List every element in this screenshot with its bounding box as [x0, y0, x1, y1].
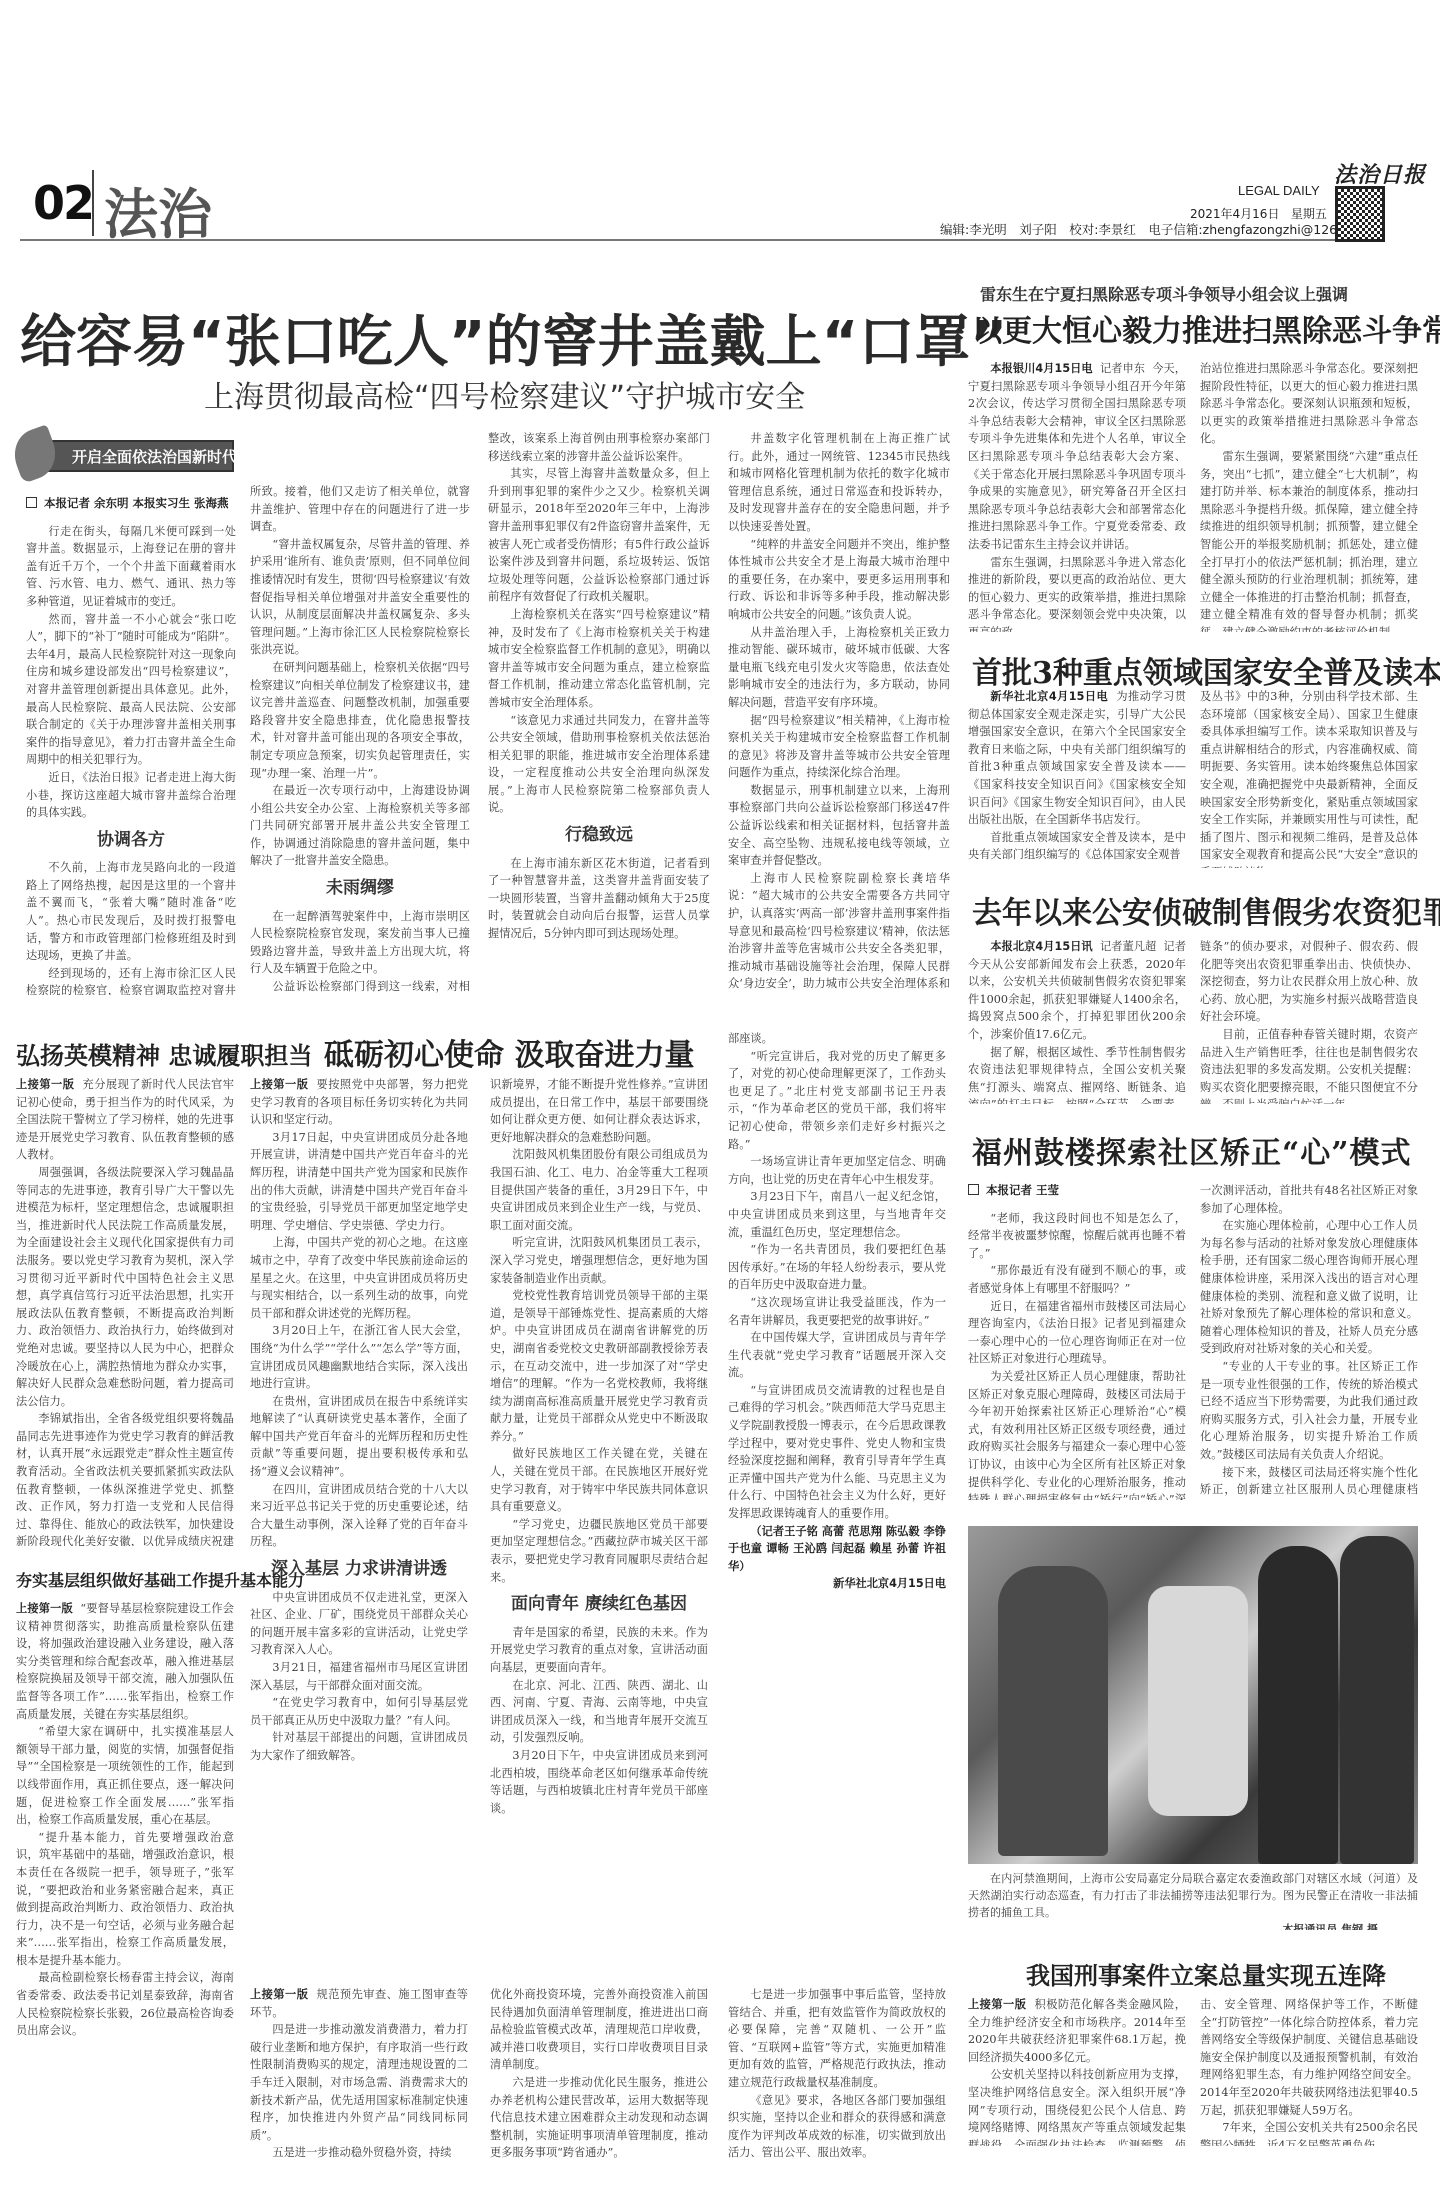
photo-credit: 本报通讯员 焦钢 摄 — [968, 1921, 1418, 1930]
agri-col-2: 链条”的侦办要求，对假种子、假农药、假化肥等突出农资犯罪重拳出击、快侦快办、深挖… — [1200, 938, 1418, 1104]
dove-icon — [7, 424, 63, 483]
fuzhou-col-1: 本报记者 王莹 “老师，我这段时间也不知是怎么了，经常半夜被噩梦惊醒，惊醒后就再… — [968, 1182, 1186, 1500]
subhead-steady: 行稳致远 — [488, 827, 710, 845]
hero-headline: 弘扬英模精神 忠诚履职担当 — [16, 1036, 312, 1071]
mission-col-2: 识新境界，才能不断提升党性修养。”宣讲团成员提出，在日常工作中，基层干部要围绕如… — [490, 1076, 708, 1846]
section-title: 法治 — [104, 172, 212, 249]
lead-headline: 给容易“张口吃人”的窨井盖戴上“口罩” — [20, 298, 1007, 378]
mission-headline: 砥砺初心使命 汲取奋进力量 — [324, 1030, 694, 1074]
fuzhou-headline: 福州鼓楼探索社区矫正“心”模式 — [972, 1128, 1412, 1172]
crime-col-2: 击、安全管理、网络保护等工作，不断健全“打防管控”一体化综合防控体系，着力完善网… — [1200, 1996, 1418, 2146]
paper-name: 法治日报 — [1334, 158, 1426, 189]
photo-figure — [1148, 1586, 1248, 1816]
photo-caption: 在内河禁渔期间，上海市公安局嘉定分局联合嘉定农委渔政部门对辖区水域（河道）及天然… — [968, 1870, 1418, 1930]
right-top-col-1: 本报银川4月15日电 记者申东 今天，宁夏扫黑除恶专项斗争领导小组召开今年第2次… — [968, 360, 1186, 632]
crime-col-1: 上接第一版 积极防范化解各类金融风险，全力维护经济安全和市场秩序。2014年至2… — [968, 1996, 1186, 2146]
lead-col-1: 本报记者 余东明 本报实习生 张海燕 行走在街头，每隔几米便可踩到一处窨井盖。数… — [26, 495, 236, 995]
books-col-1: 新华社北京4月15日电 为推动学习贯彻总体国家安全观走深走实，引导广大公民增强国… — [968, 688, 1186, 868]
photo-figure — [1258, 1546, 1338, 1864]
hero-col: 上接第一版 充分展现了新时代人民法官牢记初心使命，勇于担当作为的时代风采，为全国… — [16, 1076, 234, 1546]
weekday: 星期五 — [1291, 207, 1327, 221]
right-top-headline: 以更大恒心毅力推进扫黑除恶斗争常态化 — [972, 306, 1440, 350]
subhead-grassroots: 深入基层 力求讲清讲透 — [250, 1561, 468, 1579]
mission-reporters: （记者王子铭 高蕾 范思翔 陈弘毅 李铮 于也童 谭畅 王沁鸥 闫起磊 赖星 孙… — [728, 1523, 946, 1576]
subhead-youth: 面向青年 赓续红色基因 — [490, 1596, 708, 1614]
mission-col-3: 部座谈。 “听完宣讲后，我对党的历史了解更多了，对党的初心使命理解更深了，工作劲… — [728, 1030, 946, 1846]
lead-col-4: 井盖数字化管理机制在上海正推广试行。此外，通过一网统管、12345市民热线和城市… — [728, 430, 950, 995]
reform-col-1: 上接第一版 规范预先审查、施工图审查等环节。 四是进一步推动激发消费潜力，着力打… — [250, 1986, 468, 2176]
banner: 开启全面依法治国新时代 — [22, 440, 234, 472]
reform-col-2: 优化外商投资环境，完善外商投资准入前国民待遇加负面清单管理制度，推进进出口商品检… — [490, 1986, 708, 2176]
mission-col-1: 上接第一版 要按照党中央部署，努力把党史学习教育的各项目标任务切实转化为共同认识… — [250, 1076, 468, 1846]
agri-col-1: 本报北京4月15日讯 记者董凡超 记者今天从公安部新闻发布会上获悉，2020年以… — [968, 938, 1186, 1104]
masthead-rule — [20, 239, 1336, 241]
credits: 编辑:李光明 刘子阳 校对:李景红 电子信箱:zhengfazongzhi@12… — [940, 220, 1368, 238]
subhead-prevent: 未雨绸缪 — [250, 880, 470, 898]
right-top-col-2: 治站位推进扫黑除恶斗争常态化。要深刻把握阶段性特征，以更大的恒心毅力推进扫黑除恶… — [1200, 360, 1418, 632]
crime-headline: 我国刑事案件立案总量实现五连降 — [1026, 1956, 1386, 1991]
fuzhou-col-2: 一次测评活动，首批共有48名社区矫正对象参加了心理体检。 在实施心理体检前，心理… — [1200, 1182, 1418, 1500]
paper-name-en: LEGAL DAILY — [1238, 183, 1320, 198]
reform-col-3: 七是进一步加强事中事后监管，坚持放管结合、并重，把有效监管作为简政放权的必要保障… — [728, 1986, 946, 2176]
qr-code-icon — [1335, 186, 1385, 242]
right-top-kicker: 雷东生在宁夏扫黑除恶专项斗争领导小组会议上强调 — [980, 282, 1348, 305]
banner-label: 开启全面依法治国新时代 — [72, 446, 237, 467]
byline-box-icon — [968, 1184, 979, 1195]
lead-byline: 本报记者 余东明 本报实习生 张海燕 — [26, 495, 236, 513]
lead-col-2: 所致。接着，他们又走访了相关单位，就窨井盖维护、管理中存在的问题进行了进一步调查… — [250, 483, 470, 995]
date: 2021年4月16日 — [1190, 207, 1279, 221]
photo-figure — [998, 1566, 1108, 1856]
mission-dateline: 新华社北京4月15日电 — [728, 1575, 946, 1593]
news-photo — [968, 1526, 1418, 1864]
subhead-coordinate: 协调各方 — [26, 832, 236, 850]
photo-figure — [1340, 1536, 1414, 1864]
books-headline: 首批3种重点领域国家安全普及读本出版 — [972, 648, 1440, 692]
books-col-2: 及丛书》中的3种，分别由科学技术部、生态环境部（国家核安全局）、国家卫生健康委具… — [1200, 688, 1418, 868]
agri-headline: 去年以来公安侦破制售假劣农资犯罪千余起 — [972, 888, 1440, 932]
lead-col-3: 整改，该案系上海首例由刑事检察办案部门移送线索立案的涉窨井盖公益诉讼案件。 其实… — [488, 430, 710, 995]
masthead-divider — [92, 170, 94, 236]
procuratorate-col: 上接第一版 “要督导基层检察院建设工作会议精神贯彻落实，助推高质量检察队伍建设，… — [16, 1600, 234, 2160]
lead-subheadline: 上海贯彻最高检“四号检察建议”守护城市安全 — [204, 372, 805, 416]
masthead: 02 法治 法治日报 LEGAL DAILY 2021年4月16日 星期五 编辑… — [0, 0, 1440, 260]
page-number: 02 — [33, 176, 93, 230]
byline-box-icon — [26, 497, 37, 508]
